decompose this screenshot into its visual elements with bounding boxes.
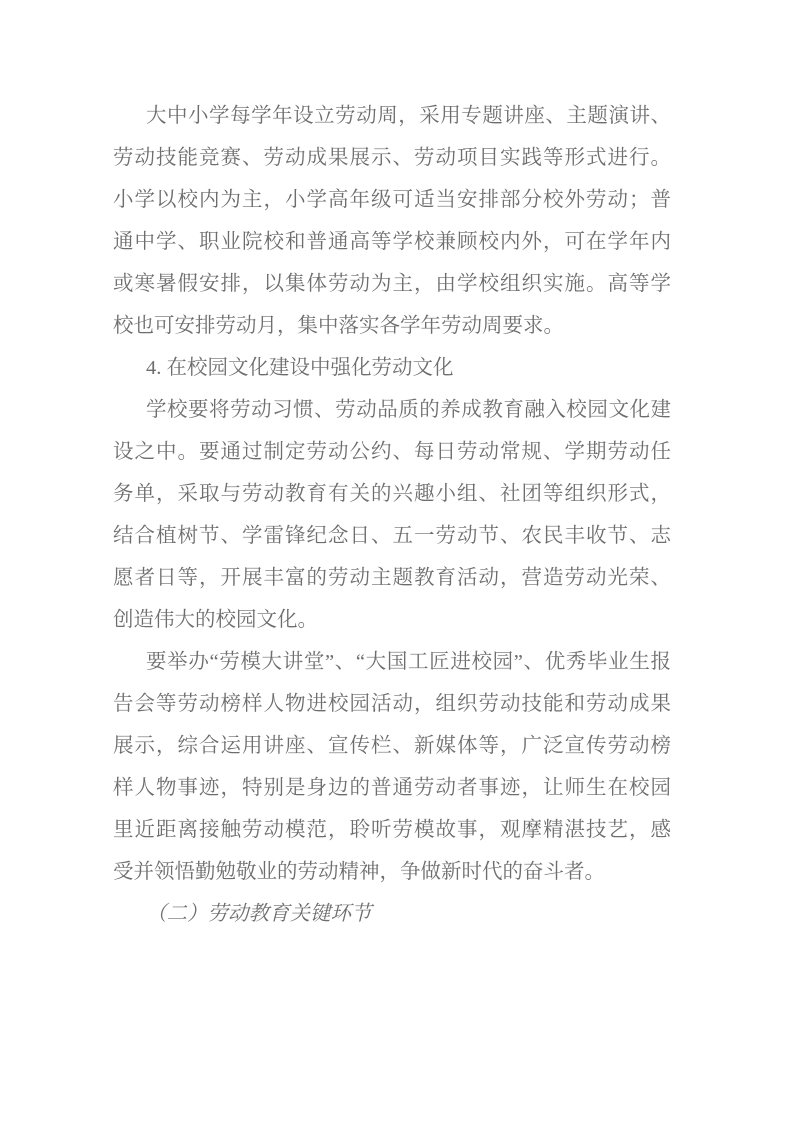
document-body: 大中小学每学年设立劳动周，采用专题讲座、主题演讲、劳动技能竞赛、劳动成果展示、劳… [113,95,671,935]
paragraph-3-line-4: 样人物事迹，特别是身边的普通劳动者事迹，让师生在校园 [113,767,671,809]
paragraph-3-line-6: 受并领悟勤勉敬业的劳动精神，争做新时代的奋斗者。 [113,851,671,893]
paragraph-1-line-5: 或寒暑假安排，以集体劳动为主，由学校组织实施。高等学 [113,263,671,305]
paragraph-3-line-5: 里近距离接触劳动模范，聆听劳模故事，观摩精湛技艺，感 [113,809,671,851]
paragraph-2-line-4: 结合植树节、学雷锋纪念日、五一劳动节、农民丰收节、志 [113,515,671,557]
paragraph-3-line-1: 要举办“劳模大讲堂”、“大国工匠进校园”、优秀毕业生报 [113,641,671,683]
paragraph-2-line-1: 学校要将劳动习惯、劳动品质的养成教育融入校园文化建 [113,389,671,431]
paragraph-2-line-5: 愿者日等，开展丰富的劳动主题教育活动，营造劳动光荣、 [113,557,671,599]
paragraph-1-line-4: 通中学、职业院校和普通高等学校兼顾校内外，可在学年内 [113,221,671,263]
paragraph-3-line-3: 展示，综合运用讲座、宣传栏、新媒体等，广泛宣传劳动榜 [113,725,671,767]
document-page: 大中小学每学年设立劳动周，采用专题讲座、主题演讲、劳动技能竞赛、劳动成果展示、劳… [0,0,793,1122]
paragraph-1-line-3: 小学以校内为主，小学高年级可适当安排部分校外劳动；普 [113,179,671,221]
paragraph-2-line-3: 务单，采取与劳动教育有关的兴趣小组、社团等组织形式， [113,473,671,515]
paragraph-1-line-2: 劳动技能竞赛、劳动成果展示、劳动项目实践等形式进行。 [113,137,671,179]
section-heading-2: （二）劳动教育关键环节 [113,893,671,935]
paragraph-3-line-2: 告会等劳动榜样人物进校园活动，组织劳动技能和劳动成果 [113,683,671,725]
paragraph-2-line-2: 设之中。要通过制定劳动公约、每日劳动常规、学期劳动任 [113,431,671,473]
paragraph-1-line-1: 大中小学每学年设立劳动周，采用专题讲座、主题演讲、 [113,95,671,137]
paragraph-2-line-6: 创造伟大的校园文化。 [113,599,671,641]
paragraph-1-line-6: 校也可安排劳动月，集中落实各学年劳动周要求。 [113,305,671,347]
numbered-heading-4: 4. 在校园文化建设中强化劳动文化 [113,347,671,389]
